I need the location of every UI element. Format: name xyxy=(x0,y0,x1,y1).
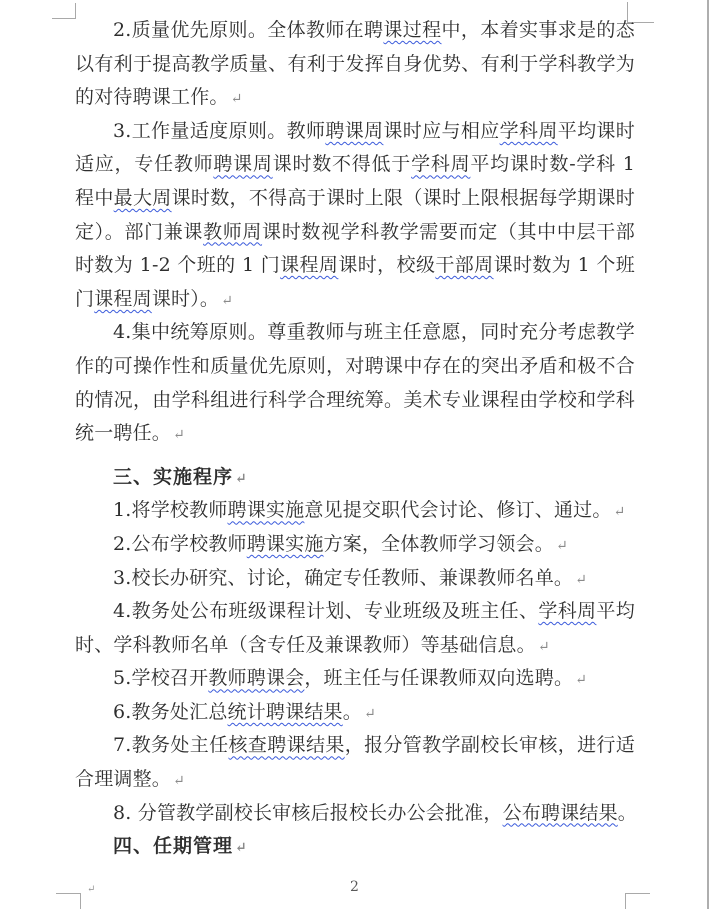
misspelling-underline-segment: 最大周 xyxy=(114,187,172,209)
text-segment: 意见提交职代会讨论、修订、通过。 xyxy=(304,499,611,521)
misspelling-underline-segment: 聘课实施 xyxy=(228,499,305,521)
document-page: 2.质量优先原则。全体教师在聘课过程中，本着实事求是的态度，以有利于提高教学质量… xyxy=(0,0,709,909)
paragraph-mark: ↵ xyxy=(573,672,587,688)
text-segment: 时数为 1-2 个班的 1 门 xyxy=(75,254,280,276)
text-line: 4.教务处公布班级课程计划、专业班级及班主任、学科周平均课 xyxy=(75,595,635,629)
paragraph-mark: ↵ xyxy=(362,706,376,722)
text-segment: 2.公布学校教师 xyxy=(113,533,247,555)
paragraph-mark: ↵ xyxy=(554,538,568,554)
paragraph-mark: ↵ xyxy=(612,504,626,520)
misspelling-underline-segment: 教师聘课会 xyxy=(208,667,304,689)
text-segment: ，班主任与任课教师双向选聘。 xyxy=(304,667,573,689)
crop-mark-bottom-left xyxy=(56,893,81,909)
misspelling-underline-segment: 课程周 xyxy=(94,288,152,310)
misspelling-underline-segment: 学科周 xyxy=(411,153,470,175)
text-segment: 8. 分管教学副校长审核后报校长办公会批准， xyxy=(113,802,503,824)
text-segment: 7.教务处主任 xyxy=(113,734,229,756)
paragraph-mark: ↵ xyxy=(171,773,185,789)
text-line: 的情况，由学科组进行科学合理统筹。美术专业课程由学校和学科组 xyxy=(75,384,635,418)
text-line: 时数为 1-2 个班的 1 门课程周课时，校级干部周课时数为 1 个班的 1 xyxy=(75,249,635,283)
text-area: 2.质量优先原则。全体教师在聘课过程中，本着实事求是的态度，以有利于提高教学质量… xyxy=(75,14,635,864)
text-segment: 的情况，由学科组进行科学合理统筹。美术专业课程由学校和学科组 xyxy=(75,389,635,418)
text-line: 5.学校召开教师聘课会，班主任与任课教师双向选聘。↵ xyxy=(75,662,635,696)
paragraph-mark: ↵ xyxy=(233,471,247,487)
crop-mark-top-left xyxy=(52,3,76,19)
text-segment: 课时，校级 xyxy=(338,254,435,276)
text-line: 1.将学校教师聘课实施意见提交职代会讨论、修订、通过。↵ xyxy=(75,494,635,528)
text-segment: 适应，专任教师 xyxy=(75,153,213,175)
text-segment: 6.教务处汇总 xyxy=(113,701,228,723)
misspelling-underline-segment: 课过程 xyxy=(383,19,441,41)
misspelling-underline-segment: 学科周 xyxy=(500,120,558,142)
text-line: 8. 分管教学副校长审核后报校长办公会批准，公布聘课结果。↵ xyxy=(75,797,635,831)
text-line: 合理调整。↵ xyxy=(75,763,635,797)
text-line: 以有利于提高教学质量、有利于发挥自身优势、有利于学科教学为目 xyxy=(75,48,635,82)
text-segment: 时、学科教师名单（含专任及兼课教师）等基础信息。 xyxy=(75,634,536,656)
text-line: 定）。部门兼课教师周课时数视学科教学需要而定（其中中层干部周课 xyxy=(75,216,635,250)
text-segment: 以有利于提高教学质量、有利于发挥自身优势、有利于学科教学为目 xyxy=(75,53,635,82)
text-segment: 三、实施程序 xyxy=(113,466,233,488)
text-segment: 作的可操作性和质量优先原则，对聘课中存在的突出矛盾和极不合理 xyxy=(75,355,635,384)
paragraph-mark: ↵ xyxy=(233,840,247,856)
paragraph-mark: ↵ xyxy=(229,91,243,107)
text-segment: 3.工作量适度原则。教师 xyxy=(113,120,325,142)
text-line: 统一聘任。↵ xyxy=(75,417,635,451)
misspelling-underline-segment: 核查聘课结果 xyxy=(229,734,345,756)
text-line: 的对待聘课工作。↵ xyxy=(75,81,635,115)
text-line: 时、学科教师名单（含专任及兼课教师）等基础信息。↵ xyxy=(75,629,635,663)
text-segment: 门 xyxy=(75,288,94,310)
paragraph-mark: ↵ xyxy=(536,639,550,655)
misspelling-underline-segment: 学科周 xyxy=(538,600,596,622)
text-segment: 方案，全体教师学习领会。 xyxy=(324,533,554,555)
text-segment: 。 xyxy=(618,802,635,824)
heading-line: 四、任期管理↵ xyxy=(75,830,635,864)
text-segment: 。 xyxy=(343,701,362,723)
misspelling-underline-segment: 聘课周 xyxy=(213,153,272,175)
text-line: 适应，专任教师聘课周课时数不得低于学科周平均课时数-学科 1 门课 xyxy=(75,148,635,182)
text-segment: 4.集中统筹原则。尊重教师与班主任意愿，同时充分考虑教学工 xyxy=(113,321,635,350)
paragraph-mark: ↵ xyxy=(219,293,233,309)
text-line: 程中最大周课时数，不得高于课时上限（课时上限根据每学期课时设 xyxy=(75,182,635,216)
misspelling-underline-segment: 聘课实施 xyxy=(247,533,324,555)
text-line: 作的可操作性和质量优先原则，对聘课中存在的突出矛盾和极不合理 xyxy=(75,350,635,384)
paragraph-mark: ↵ xyxy=(573,572,587,588)
text-segment: 合理调整。 xyxy=(75,768,171,790)
heading-line: 三、实施程序↵ xyxy=(75,461,635,495)
paragraph-mark: ↵ xyxy=(171,427,185,443)
text-segment: 课时）。 xyxy=(152,288,219,310)
misspelling-underline-segment: 课程周 xyxy=(280,254,338,276)
text-segment: 5.学校召开 xyxy=(113,667,208,689)
text-segment: 4.教务处公布班级课程计划、专业班级及班主任、 xyxy=(113,600,538,622)
misspelling-underline-segment: 干部周 xyxy=(435,254,493,276)
misspelling-underline-segment: 公布聘课结果 xyxy=(503,802,618,824)
text-line: 3.校长办研究、讨论，确定专任教师、兼课教师名单。↵ xyxy=(75,562,635,596)
misspelling-underline-segment: 统计聘课结果 xyxy=(228,701,343,723)
text-line: 2.质量优先原则。全体教师在聘课过程中，本着实事求是的态度， xyxy=(75,14,635,48)
page-number: 2 xyxy=(0,879,709,895)
misspelling-underline-segment: 教师周 xyxy=(203,221,262,243)
text-segment: 程中 xyxy=(75,187,114,209)
text-line: 门课程周课时）。↵ xyxy=(75,283,635,317)
text-segment: 课时数不得低于 xyxy=(273,153,411,175)
text-segment: 2.质量优先原则。全体教师在聘 xyxy=(113,19,383,41)
text-line: 3.工作量适度原则。教师聘课周课时应与相应学科周平均课时相 xyxy=(75,115,635,149)
text-segment: 统一聘任。 xyxy=(75,422,171,444)
text-segment: 3.校长办研究、讨论，确定专任教师、兼课教师名单。 xyxy=(113,567,573,589)
text-segment: 的对待聘课工作。 xyxy=(75,86,229,108)
text-line: 2.公布学校教师聘课实施方案，全体教师学习领会。↵ xyxy=(75,528,635,562)
text-segment: 四、任期管理 xyxy=(113,835,233,857)
text-line: 7.教务处主任核查聘课结果，报分管教学副校长审核，进行适当、 xyxy=(75,729,635,763)
text-segment: 1.将学校教师 xyxy=(113,499,228,521)
crop-mark-bottom-right xyxy=(625,893,650,909)
text-line: 6.教务处汇总统计聘课结果。↵ xyxy=(75,696,635,730)
text-segment: 课时应与相应 xyxy=(383,120,499,142)
text-line: 4.集中统筹原则。尊重教师与班主任意愿，同时充分考虑教学工 xyxy=(75,316,635,350)
text-segment: 定）。部门兼课 xyxy=(75,221,203,243)
misspelling-underline-segment: 聘课周 xyxy=(325,120,383,142)
